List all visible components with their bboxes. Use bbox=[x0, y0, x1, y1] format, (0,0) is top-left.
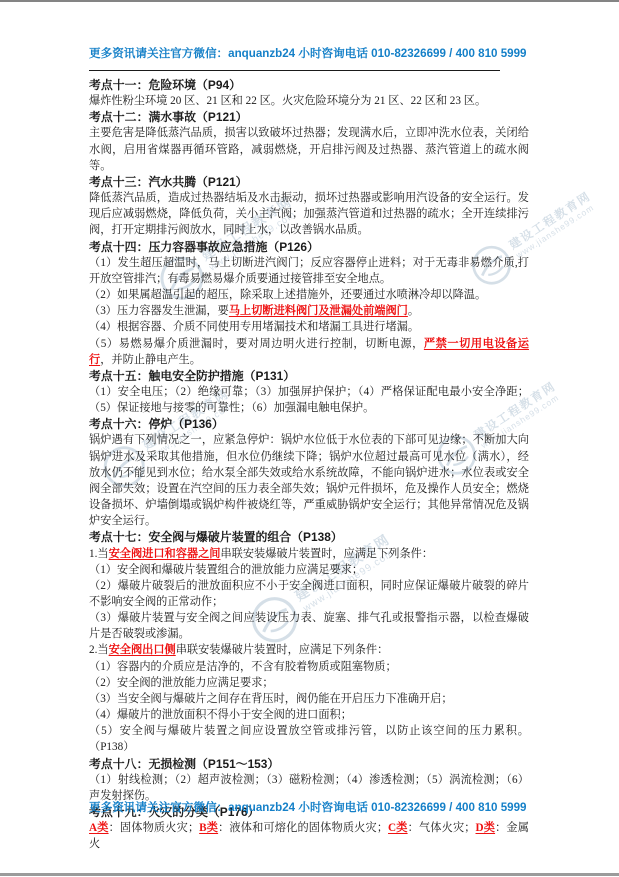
text-segment: （3）当安全阀与爆破片之间存在背压时，阀仍能在开启压力下准确开启； bbox=[89, 693, 453, 705]
highlight-text: A类 bbox=[89, 822, 109, 834]
highlight-text: B类 bbox=[199, 822, 218, 834]
text-segment: 2.当 bbox=[89, 644, 109, 656]
text-segment: 主要危害是降低蒸汽品质，损害以致破坏过热器；发现满水后，立即冲洗水位表，关闭给水… bbox=[89, 127, 529, 171]
highlight-text: D类 bbox=[476, 822, 496, 834]
header-wechat-text: 更多资讯请关注官方微信：anquanzb bbox=[89, 45, 282, 61]
document-page: 建设工程教育网www.jianshe99.com建设工程教育网www.jians… bbox=[0, 0, 619, 877]
text-segment: （4）爆破片的泄放面积不得小于安全阀的进口面积； bbox=[89, 709, 352, 721]
text-segment: 考点十三：汽水共腾（P121） bbox=[89, 175, 248, 189]
text-segment: （3）压力容器发生泄漏，要 bbox=[89, 305, 229, 317]
text-segment: ：液体和可熔化的固体物质火灾； bbox=[218, 822, 388, 834]
text-segment: 考点十一：危险环境（P94） bbox=[89, 78, 241, 92]
text-segment: ，并防止静电产生。 bbox=[100, 354, 201, 366]
page-bottom-edge bbox=[0, 873, 619, 876]
highlight-text: C类 bbox=[388, 822, 408, 834]
page-top-edge bbox=[0, 0, 619, 2]
body-paragraph: （1）容器内的介质应是洁净的，不含有胶着物质或阻塞物质； bbox=[89, 659, 529, 675]
body-paragraph: （4）爆破片的泄放面积不得小于安全阀的进口面积； bbox=[89, 707, 529, 723]
body-paragraph: （2）安全阀的泄放能力应满足要求； bbox=[89, 675, 529, 691]
text-segment: 考点十八：无损检测（P151～153） bbox=[89, 757, 279, 771]
body-paragraph: 锅炉遇有下列情况之一，应紧急停炉：锅炉水位低于水位表的下部可见边缘；不断加大向锅… bbox=[89, 432, 529, 529]
text-segment: 爆炸性粉尘环境 20 区、21 区和 22 区。火灾危险环境分为 21 区、22… bbox=[89, 95, 486, 107]
text-segment: （1）安全电压；（2）绝缘可靠；（3）加强屏护保护；（4）严格保证配电最小安全净… bbox=[89, 386, 529, 414]
topic-heading: 考点十二：满水事故（P121） bbox=[89, 109, 529, 125]
text-segment: 考点十四：压力容器事故应急措施（P126） bbox=[89, 240, 319, 254]
footer-wechat-text: 更多资讯请关注官方微信：anquanzb bbox=[89, 799, 282, 815]
text-segment: （2）爆破片破裂后的泄放面积应不小于安全阀进口面积，同时应保证爆破片破裂的碎片不… bbox=[89, 580, 529, 608]
body-paragraph: （3）爆破片装置与安全阀之间应装设压力表、旋塞、排气孔或报警指示器，以检查爆破片… bbox=[89, 610, 529, 642]
text-segment: ：气体火灾； bbox=[408, 822, 476, 834]
text-segment: 锅炉遇有下列情况之一，应紧急停炉：锅炉水位低于水位表的下部可见边缘；不断加大向锅… bbox=[89, 434, 529, 527]
body-paragraph: （4）根据容器、介质不同使用专用堵漏技术和堵漏工具进行堵漏。 bbox=[89, 319, 529, 335]
body-paragraph: （2）如果属超温引起的超压，除采取上述措施外，还要通过水喷淋冷却以降温。 bbox=[89, 287, 529, 303]
topic-heading: 考点十三：汽水共腾（P121） bbox=[89, 174, 529, 190]
text-segment: 考点十六：停炉（P136） bbox=[89, 417, 224, 431]
highlight-text: 安全阀进口和容器之间 bbox=[109, 548, 221, 560]
footer-phone-text: 24 小时咨询电话 010-82326699 / 400 810 5999 bbox=[282, 799, 526, 815]
text-segment: 串联安装爆破片装置时，应满足下列条件： bbox=[220, 548, 433, 560]
text-segment: （1）发生超压超温时，马上切断进汽阀门；反应容器停止进料；对于无毒非易燃介质,打… bbox=[89, 257, 529, 285]
topic-heading: 考点十一：危险环境（P94） bbox=[89, 77, 529, 93]
topic-heading: 考点十六：停炉（P136） bbox=[89, 416, 529, 432]
body-paragraph: （5）易燃易爆介质泄漏时，要对周边明火进行控制，切断电源，严禁一切用电设备运行，… bbox=[89, 336, 529, 368]
page-footer: 更多资讯请关注官方微信：anquanzb 24 小时咨询电话 010-82326… bbox=[89, 799, 515, 815]
text-segment: 降低蒸汽品质，造成过热器结垢及水击振动，损坏过热器或影响用汽设备的安全运行。发现… bbox=[89, 192, 529, 236]
text-segment: （5）易燃易爆介质泄漏时，要对周边明火进行控制，切断电源， bbox=[89, 338, 424, 350]
body-paragraph: 主要危害是降低蒸汽品质，损害以致破坏过热器；发现满水后，立即冲洗水位表，关闭给水… bbox=[89, 125, 529, 173]
header-phone-text: 24 小时咨询电话 010-82326699 / 400 810 5999 bbox=[282, 45, 526, 61]
page-header: 更多资讯请关注官方微信：anquanzb 24 小时咨询电话 010-82326… bbox=[89, 45, 515, 61]
body-paragraph: （2）爆破片破裂后的泄放面积应不小于安全阀进口面积，同时应保证爆破片破裂的碎片不… bbox=[89, 578, 529, 610]
topic-heading: 考点十八：无损检测（P151～153） bbox=[89, 756, 529, 772]
text-segment: （5）安全阀与爆破片装置之间应设置放空管或排污管，以防止该空间的压力累积。（P1… bbox=[89, 725, 529, 753]
body-paragraph: A类：固体物质火灾；B类：液体和可熔化的固体物质火灾；C类：气体火灾；D类：金属… bbox=[89, 820, 529, 852]
text-segment: 。 bbox=[408, 305, 419, 317]
topic-heading: 考点十七：安全阀与爆破片装置的组合（P138） bbox=[89, 529, 529, 545]
body-paragraph: （3）压力容器发生泄漏，要马上切断进料阀门及泄漏处前端阀门。 bbox=[89, 303, 529, 319]
body-paragraph: 爆炸性粉尘环境 20 区、21 区和 22 区。火灾危险环境分为 21 区、22… bbox=[89, 93, 529, 109]
text-segment: 串联安装爆破片装置时，应满足下列条件： bbox=[176, 644, 389, 656]
text-segment: （2）如果属超温引起的超压，除采取上述措施外，还要通过水喷淋冷却以降温。 bbox=[89, 289, 486, 301]
text-segment: （2）安全阀的泄放能力应满足要求； bbox=[89, 677, 274, 689]
topic-heading: 考点十五：触电安全防护措施（P131） bbox=[89, 368, 529, 384]
body-paragraph: 降低蒸汽品质，造成过热器结垢及水击振动，损坏过热器或影响用汽设备的安全运行。发现… bbox=[89, 190, 529, 238]
body-paragraph: （1）安全阀和爆破片装置组合的泄放能力应满足要求； bbox=[89, 562, 529, 578]
body-paragraph: （3）当安全阀与爆破片之间存在背压时，阀仍能在开启压力下准确开启； bbox=[89, 691, 529, 707]
header-divider bbox=[89, 70, 500, 71]
body-paragraph: （1）发生超压超温时，马上切断进汽阀门；反应容器停止进料；对于无毒非易燃介质,打… bbox=[89, 255, 529, 287]
text-segment: （1）容器内的介质应是洁净的，不含有胶着物质或阻塞物质； bbox=[89, 661, 397, 673]
text-segment: 考点十二：满水事故（P121） bbox=[89, 110, 248, 124]
text-segment: （1）安全阀和爆破片装置组合的泄放能力应满足要求； bbox=[89, 564, 363, 576]
text-segment: 1.当 bbox=[89, 548, 109, 560]
text-segment: （1）射线检测；（2）超声波检测；（3）磁粉检测；（4）渗透检测；（5）涡流检测… bbox=[89, 774, 529, 802]
text-segment: （4）根据容器、介质不同使用专用堵漏技术和堵漏工具进行堵漏。 bbox=[89, 321, 419, 333]
topic-heading: 考点十四：压力容器事故应急措施（P126） bbox=[89, 239, 529, 255]
body-paragraph: （1）安全电压；（2）绝缘可靠；（3）加强屏护保护；（4）严格保证配电最小安全净… bbox=[89, 384, 529, 416]
body-paragraph: 2.当安全阀出口侧串联安装爆破片装置时，应满足下列条件： bbox=[89, 642, 529, 658]
text-segment: ：固体物质火灾； bbox=[109, 822, 200, 834]
body-paragraph: 1.当安全阀进口和容器之间串联安装爆破片装置时，应满足下列条件： bbox=[89, 546, 529, 562]
text-segment: 考点十五：触电安全防护措施（P131） bbox=[89, 369, 295, 383]
text-segment: （3）爆破片装置与安全阀之间应装设压力表、旋塞、排气孔或报警指示器，以检查爆破片… bbox=[89, 612, 529, 640]
document-body: 考点十一：危险环境（P94）爆炸性粉尘环境 20 区、21 区和 22 区。火灾… bbox=[89, 77, 529, 853]
body-paragraph: （5）安全阀与爆破片装置之间应设置放空管或排污管，以防止该空间的压力累积。（P1… bbox=[89, 723, 529, 755]
highlight-text: 马上切断进料阀门及泄漏处前端阀门 bbox=[229, 305, 408, 317]
text-segment: 考点十七：安全阀与爆破片装置的组合（P138） bbox=[89, 530, 343, 544]
highlight-text: 安全阀出口侧 bbox=[109, 644, 176, 656]
